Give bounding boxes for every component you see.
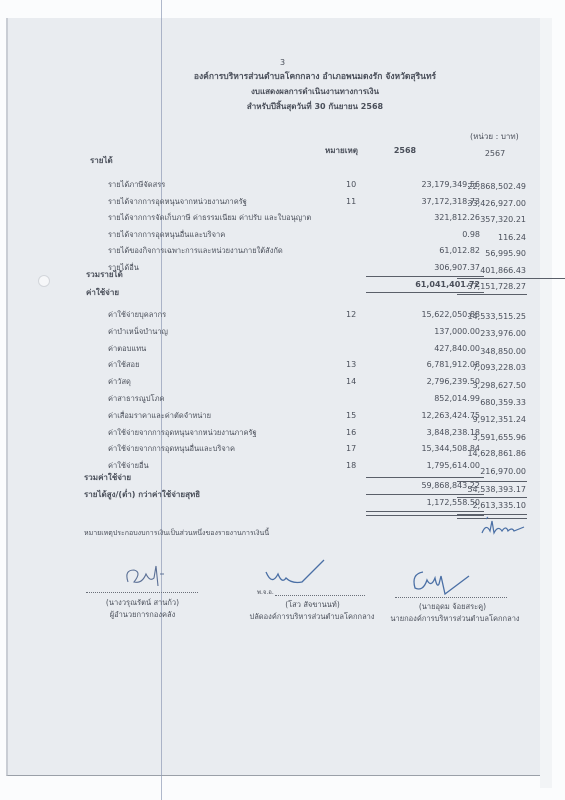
line-item-label: ค่าใช้จ่ายอื่น [108,461,149,471]
line-item-2567: 3,298,627.50 [410,381,526,391]
line-item-label: รายได้จากการอุดหนุนอื่นและบริจาค [108,230,225,240]
line-item-label: รายได้จากการจัดเก็บภาษี ค่าธรรมเนียม ค่า… [108,213,311,223]
line-item-note: 13 [346,360,356,370]
line-item-note: 18 [346,461,356,471]
line-item-2567: 33,426,927.00 [410,199,526,209]
signature-line [275,595,365,596]
total-revenue-2567: 57,151,728.27 [410,282,526,292]
subtotal-rule [457,278,565,279]
organization-title: องค์การบริหารส่วนตำบลโคกกลาง อำเภอพนมดงร… [150,72,480,82]
line-item-2567: 14,533,515.25 [410,312,526,322]
total-expenses-label: รวมค่าใช้จ่าย [84,473,131,483]
signature-finance-director [120,560,180,592]
page-edge [540,18,552,788]
column-header-2567: 2567 [460,149,530,159]
subtotal-rule [366,276,484,277]
signature-line [86,592,198,593]
line-item-2567: 348,850.00 [410,347,526,357]
signer-3-name: (นายอุดม จ้อยสระคู) [390,602,515,612]
line-item-note: 16 [346,428,356,438]
line-item-2567: 216,970.00 [410,467,526,477]
line-item-label: รายได้ของกิจการเฉพาะการและหน่วยงานภายใต้… [108,246,283,256]
net-result-2567: 2,613,335.10 [410,501,526,511]
line-item-2567: 9,912,351.24 [410,415,526,425]
line-item-2567: 233,976.00 [410,329,526,339]
signer-2-rank: พ.จ.อ. [257,588,274,598]
line-item-2567: 14,628,861.86 [410,449,526,459]
line-item-label: ค่าเสื่อมราคาและค่าตัดจำหน่าย [108,411,211,421]
signer-3-title: นายกองค์การบริหารส่วนตำบลโคกกลาง [375,614,535,624]
line-item-2567: 116.24 [410,233,526,243]
line-item-2567: 3,591,655.96 [410,433,526,443]
line-item-note: 14 [346,377,356,387]
signer-2-title: ปลัดองค์การบริหารส่วนตำบลโคกกลาง [232,612,392,622]
line-item-label: ค่าบำเหน็จบำนาญ [108,327,168,337]
subtotal-rule [366,477,484,478]
line-item-label: รายได้จากการอุดหนุนจากหน่วยงานภาครัฐ [108,197,247,207]
line-item-2567: 680,359.33 [410,398,526,408]
column-header-note: หมายเหตุ [325,146,358,156]
line-item-label: ค่าวัสดุ [108,377,131,387]
net-result-label: รายได้สูง/(ต่ำ) กว่าค่าใช้จ่ายสุทธิ [84,490,200,500]
total-revenue-label: รวมรายได้ [86,270,123,280]
signer-1-title: ผู้อำนวยการกองคลัง [80,610,205,620]
initials-signature [478,515,528,543]
line-item-note: 17 [346,444,356,454]
line-item-2567: 357,320.21 [410,215,526,225]
line-item-2567: 22,868,502.49 [410,182,526,192]
binder-hole [38,275,50,287]
total-rule [366,292,484,293]
line-item-note: 12 [346,310,356,320]
line-item-note: 11 [346,197,356,207]
line-item-label: รายได้ภาษีจัดสรร [108,180,165,190]
signer-2-name: (โสว สัจขานนท์) [250,600,375,610]
line-item-label: ค่าใช้จ่ายบุคลากร [108,310,166,320]
line-item-2567: 7,093,228.03 [410,363,526,373]
line-item-label: ค่าใช้สอย [108,360,139,370]
signature-mayor [405,566,475,598]
signer-1-name: (นางวรุณรัตน์ สานก้ว) [80,598,205,608]
page-number: 3 [0,58,565,68]
signature-line [395,597,507,598]
line-item-label: ค่าสาธารณูปโภค [108,394,165,404]
line-item-label: ค่าใช้จ่ายจากการอุดหนุนจากหน่วยงานภาครัฐ [108,428,257,438]
line-item-label: ค่าตอบแทน [108,344,146,354]
unit-label: (หน่วย : บาท) [470,132,519,142]
total-rule [457,294,527,295]
column-header-2568: 2568 [375,146,435,156]
line-item-note: 10 [346,180,356,190]
statement-title: งบแสดงผลการดำเนินงานทางการเงิน [150,87,480,97]
total-rule [366,494,484,495]
line-item-2567: 56,995.90 [410,249,526,259]
footnote: หมายเหตุประกอบงบการเงินเป็นส่วนหนึ่งของร… [84,528,269,538]
revenue-heading: รายได้ [90,156,113,166]
line-item-label: ค่าใช้จ่ายจากการอุดหนุนอื่นและบริจาค [108,444,235,454]
expenses-heading: ค่าใช้จ่าย [86,288,119,298]
statement-period: สำหรับปีสิ้นสุดวันที่ 30 กันยายน 2568 [150,102,480,112]
line-item-note: 15 [346,411,356,421]
line-item-2567: 401,866.43 [410,266,526,276]
